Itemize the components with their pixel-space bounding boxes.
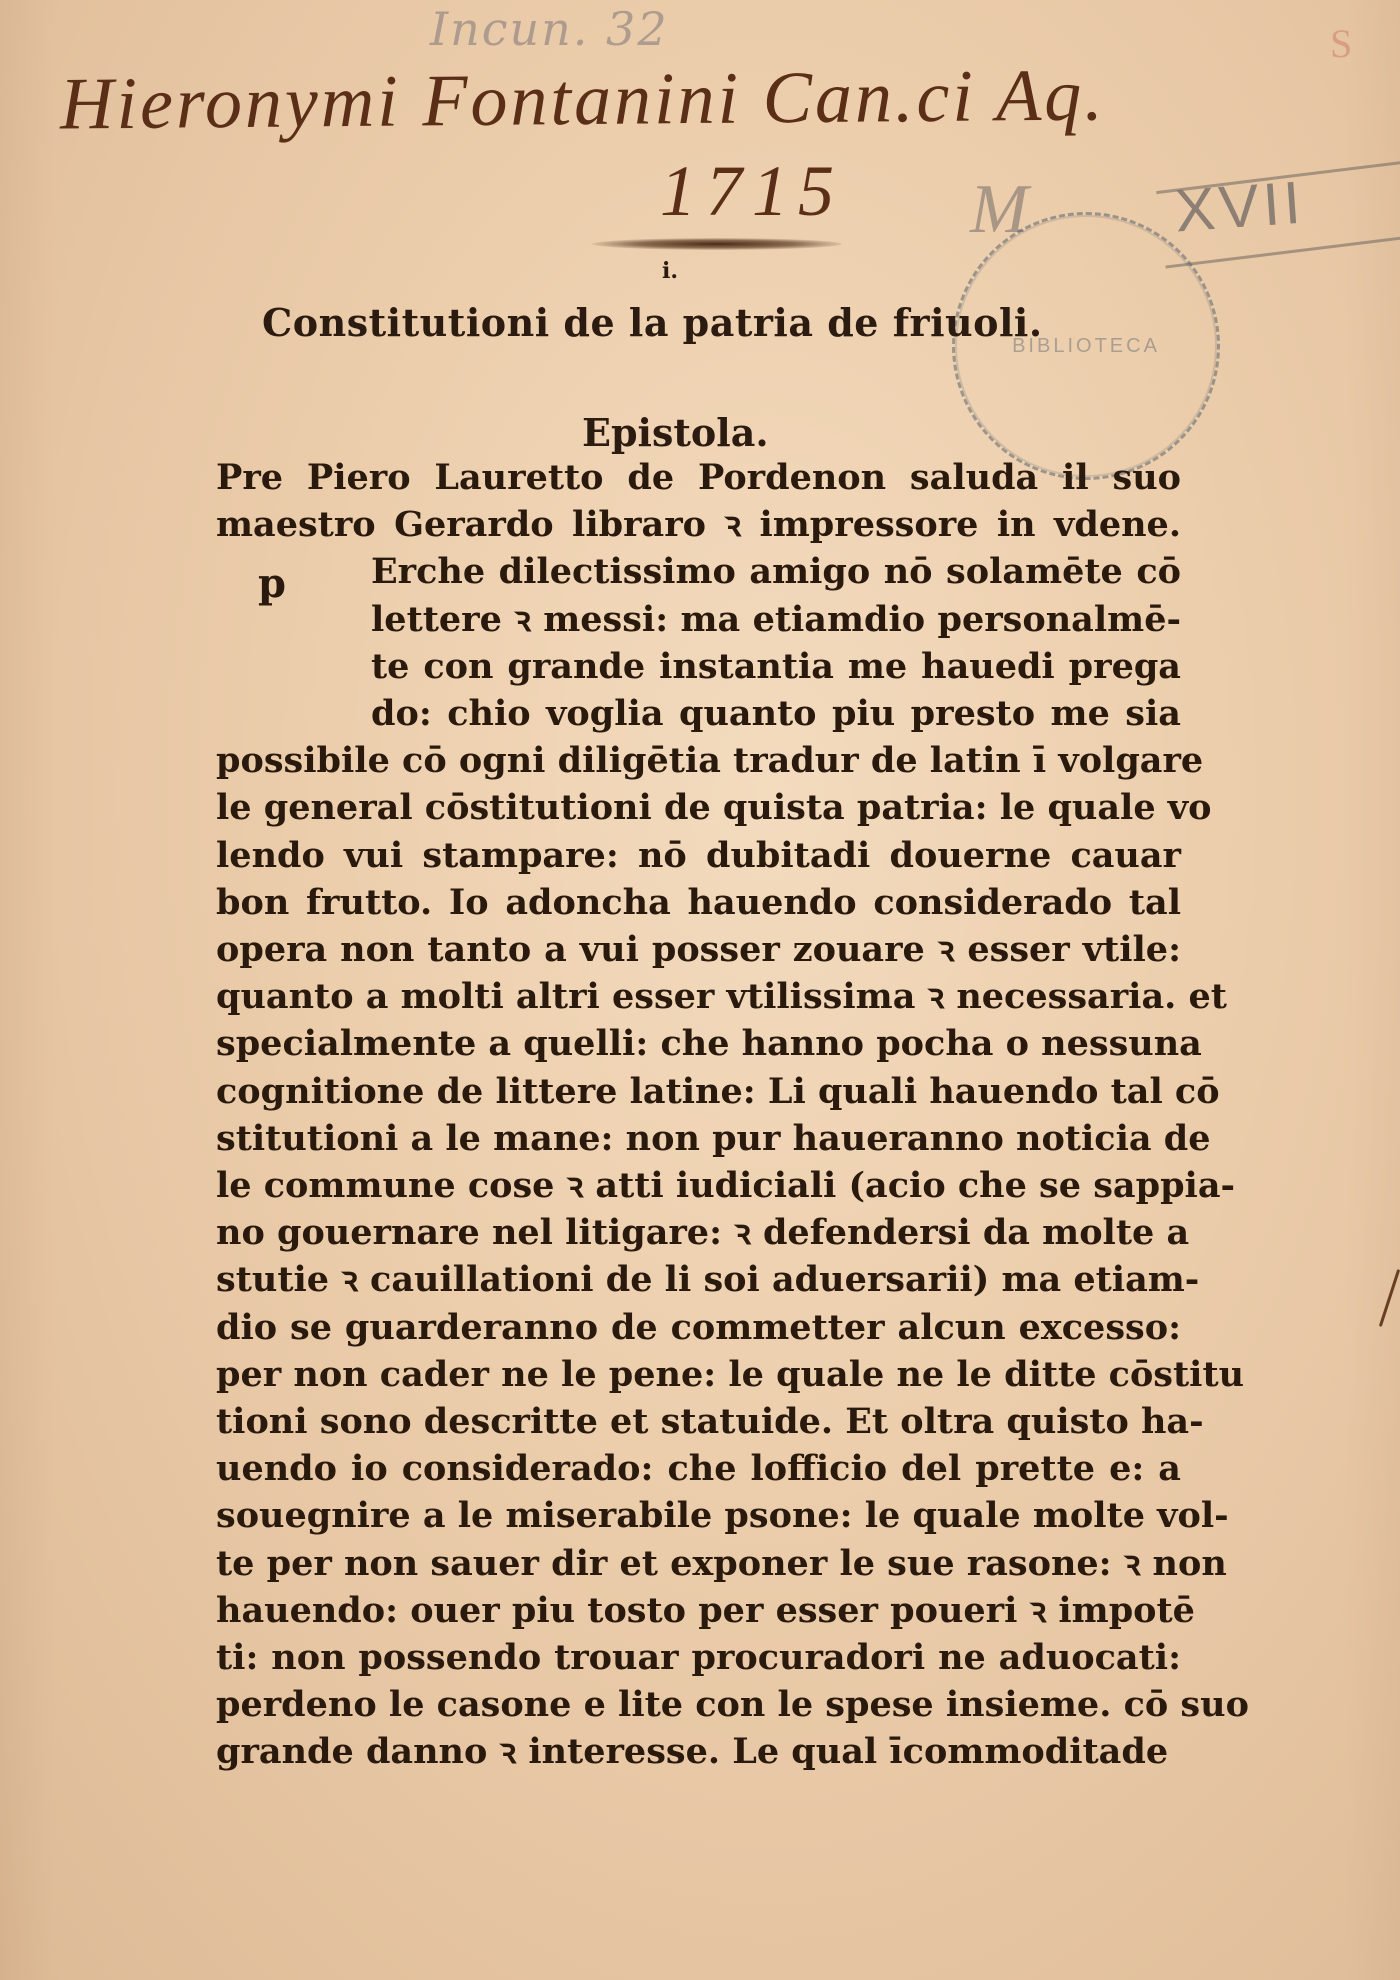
text-line: perdeno le casone e lite con le spese in… (216, 1681, 1181, 1728)
owner-inscription: Hieronymi Fontanini Can.ci Aq. (60, 53, 1106, 147)
text-line: per non cader ne le pene: le quale ne le… (216, 1351, 1181, 1398)
text-line: le commune cose ꝛ atti iudiciali (acio c… (216, 1162, 1181, 1209)
text-line: dio se guarderanno de commetter alcun ex… (216, 1304, 1181, 1351)
text-line: souegnire a le miserabile psone: le qual… (216, 1492, 1181, 1539)
text-line: opera non tanto a vui posser zouare ꝛ es… (216, 926, 1181, 973)
text-line: uendo io considerado: che lofficio del p… (216, 1445, 1181, 1492)
text-line: stutie ꝛ cauillationi de li soi aduersar… (216, 1256, 1181, 1303)
text-line: hauendo: ouer piu tosto per esser poueri… (216, 1587, 1181, 1634)
text-line: grande danno ꝛ interesse. Le qual īcommo… (216, 1728, 1181, 1775)
book-page: S Incun. 32 Hieronymi Fontanini Can.ci A… (0, 0, 1400, 1980)
text-line: cognitione de littere latine: Li quali h… (216, 1068, 1181, 1115)
shelfmark-inscription: Incun. 32 (430, 2, 669, 56)
stamp-text: BIBLIOTECA (985, 245, 1187, 447)
roman-numeral: XVII (1173, 168, 1307, 246)
text-line: stitutioni a le mane: non pur haueranno … (216, 1115, 1181, 1162)
year-inscription: 1715 (660, 150, 844, 233)
library-stamp-icon: BIBLIOTECA (952, 212, 1220, 480)
text-line: Pre Piero Lauretto de Pordenon saluda il… (216, 454, 1181, 501)
section-heading: Epistola. (582, 410, 769, 455)
text-line: lettere ꝛ messi: ma etiamdio personalmē- (216, 596, 1181, 643)
margin-pen-stroke (1379, 1269, 1400, 1327)
text-line: possibile cō ogni diligētia tradur de la… (216, 737, 1181, 784)
text-line: lendo vui stampare: nō dubitadi douerne … (216, 832, 1181, 879)
folio-mark: i. (662, 258, 678, 284)
text-line: le general cōstitutioni de quista patria… (216, 784, 1181, 831)
text-line: te con grande instantia me hauedi prega (216, 643, 1181, 690)
text-line: do: chio voglia quanto piu presto me sia (216, 690, 1181, 737)
red-library-mark: S (1330, 20, 1352, 67)
text-line: te per non sauer dir et exponer le sue r… (216, 1540, 1181, 1587)
epistola-body: Pre Piero Lauretto de Pordenon saluda il… (216, 454, 1181, 1776)
text-line: no gouernare nel litigare: ꝛ defendersi … (216, 1209, 1181, 1256)
text-line: specialmente a quelli: che hanno pocha o… (216, 1020, 1181, 1067)
text-line: ti: non possendo trouar procuradori ne a… (216, 1634, 1181, 1681)
ink-flourish (592, 238, 842, 250)
text-line: maestro Gerardo libraro ꝛ impressore in … (216, 501, 1181, 548)
text-line: bon frutto. Io adoncha hauendo considera… (216, 879, 1181, 926)
text-line: tioni sono descritte et statuide. Et olt… (216, 1398, 1181, 1445)
text-line: quanto a molti altri esser vtilissima ꝛ … (216, 973, 1181, 1020)
document-title: Constitutioni de la patria de friuoli. (262, 300, 1043, 345)
text-line: Erche dilectissimo amigo nō solamēte cō (216, 548, 1181, 595)
